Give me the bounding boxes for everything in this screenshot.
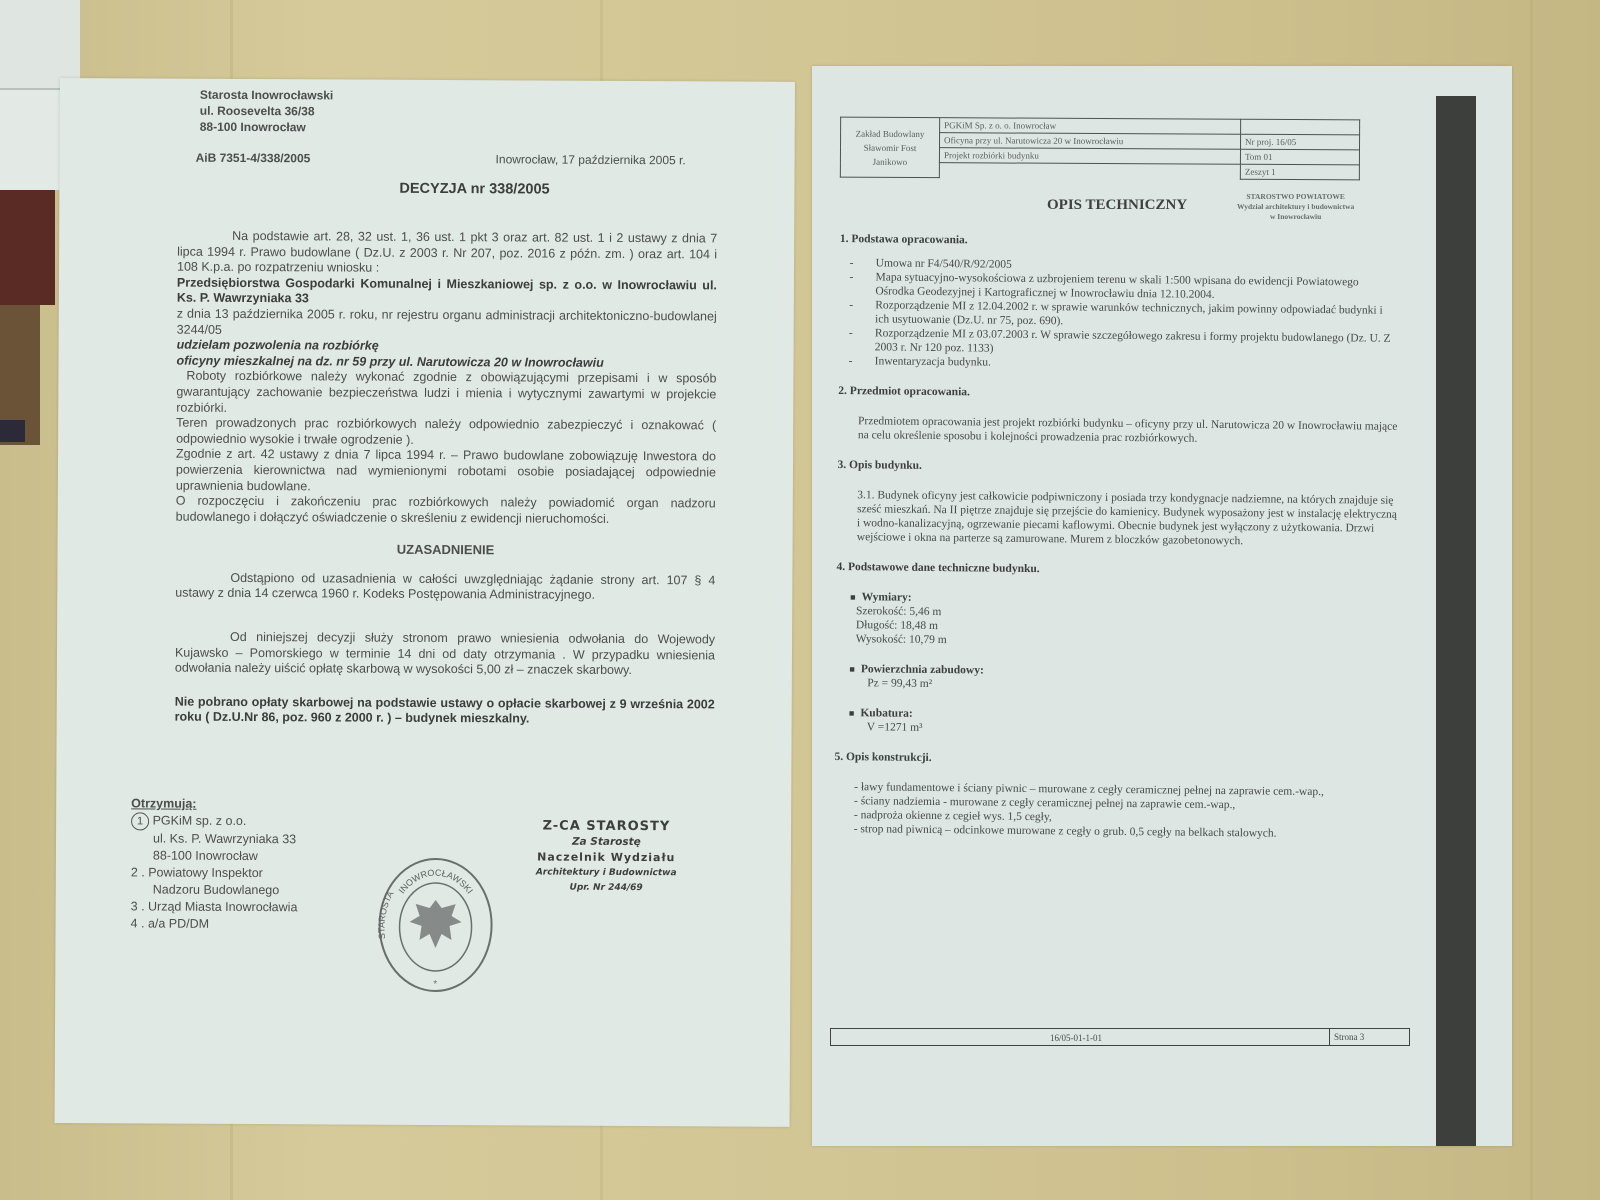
reference-number: AiB 7351-4/338/2005 (196, 151, 311, 167)
signature-stamp: Z-CA STAROSTY Za Starostę Naczelnik Wydz… (536, 819, 677, 898)
svg-text:INOWROCŁAWSKI: INOWROCŁAWSKI (397, 867, 475, 895)
recipients-label: Otrzymują: (131, 795, 298, 813)
decision-body: Na podstawie art. 28, 32 ust. 1, 36 ust.… (175, 229, 718, 729)
document-title: OPIS TECHNICZNY (1047, 198, 1187, 212)
project-header-table: Zakład Budowlany Sławomir Fost Janikowo … (840, 117, 1360, 181)
section-3-text: 3.1. Budynek oficyny jest całkowicie pod… (837, 488, 1398, 550)
section-1-title: 1. Podstawa opracowania. (840, 232, 1400, 252)
application-date: z dnia 13 października 2005 r. roku, nr … (177, 307, 717, 341)
company-cell: Zakład Budowlany Sławomir Fost Janikowo (840, 117, 939, 178)
recipient-1: 1 PGKiM sp. z o.o. (131, 812, 298, 831)
justification-heading: UZASADNIENIE (175, 541, 715, 559)
recipient-3: 3 . Urząd Miasta Inowrocławia (131, 898, 298, 916)
desk-grain (1530, 0, 1533, 1200)
background-folder (0, 190, 55, 305)
office-stamp: STAROSTWO POWIATOWE Wydział architektury… (1237, 192, 1354, 222)
condition-4: O rozpoczęciu i zakończeniu prac rozbiór… (176, 494, 716, 528)
sender-city: 88-100 Inowrocław (200, 119, 333, 136)
svg-text:STAROSTA: STAROSTA (376, 889, 395, 940)
condition-2: Teren prowadzonych prac rozbiórkowych na… (176, 416, 716, 450)
scanner-edge-strip (1436, 96, 1476, 1146)
document-code: 16/05-01-1-01 (831, 1031, 1321, 1045)
applicant: Przedsiębiorstwa Gospodarki Komunalnej i… (177, 275, 717, 309)
background-cable (0, 420, 25, 442)
place-date: Inowrocław, 17 października 2005 r. (496, 152, 686, 169)
condition-1: Roboty rozbiórkowe należy wykonać zgodni… (176, 369, 716, 419)
condition-3: Zgodnie z art. 42 ustawy z dnia 7 lipca … (176, 447, 716, 497)
fee-note: Nie pobrano opłaty skarbowej na podstawi… (175, 694, 715, 728)
section-1-list: Umowa nr F4/540/R/92/2005 Mapa sytuacyjn… (839, 256, 1400, 374)
section-2-text: Przedmiotem opracowania jest projekt roz… (838, 414, 1398, 448)
page-footer: 16/05-01-1-01 Strona 3 (830, 1028, 1410, 1046)
document-title: DECYZJA nr 338/2005 (399, 182, 549, 198)
sender-street: ul. Roosevelta 36/38 (200, 103, 333, 120)
decision-document-page: Starosta Inowrocławski ul. Roosevelta 36… (55, 78, 795, 1127)
official-seal-icon: * INOWROCŁAWSKI STAROSTA (375, 855, 496, 996)
sender-address: Starosta Inowrocławski ul. Roosevelta 36… (200, 87, 334, 136)
recipient-2: 2 . Powiatowy Inspektor (131, 864, 298, 882)
technical-description-page: Zakład Budowlany Sławomir Fost Janikowo … (812, 66, 1512, 1146)
sender-name: Starosta Inowrocławski (200, 87, 333, 104)
legal-basis: Na podstawie art. 28, 32 ust. 1, 36 ust.… (177, 229, 717, 279)
recipient-4: 4 . a/a PD/DM (131, 915, 298, 933)
svg-text:*: * (433, 979, 437, 990)
justification-text: Odstąpiono od uzasadnienia w całości uwz… (175, 570, 715, 604)
recipients-list: Otrzymują: 1 PGKiM sp. z o.o. ul. Ks. P.… (131, 795, 298, 933)
background-paper (0, 0, 80, 88)
page-number: Strona 3 (1329, 1029, 1409, 1045)
background-paper-band (0, 88, 68, 191)
appeal-notice: Od niniejszej decyzji służy stronom praw… (175, 630, 715, 680)
technical-body: 1. Podstawa opracowania. Umowa nr F4/540… (834, 232, 1400, 842)
